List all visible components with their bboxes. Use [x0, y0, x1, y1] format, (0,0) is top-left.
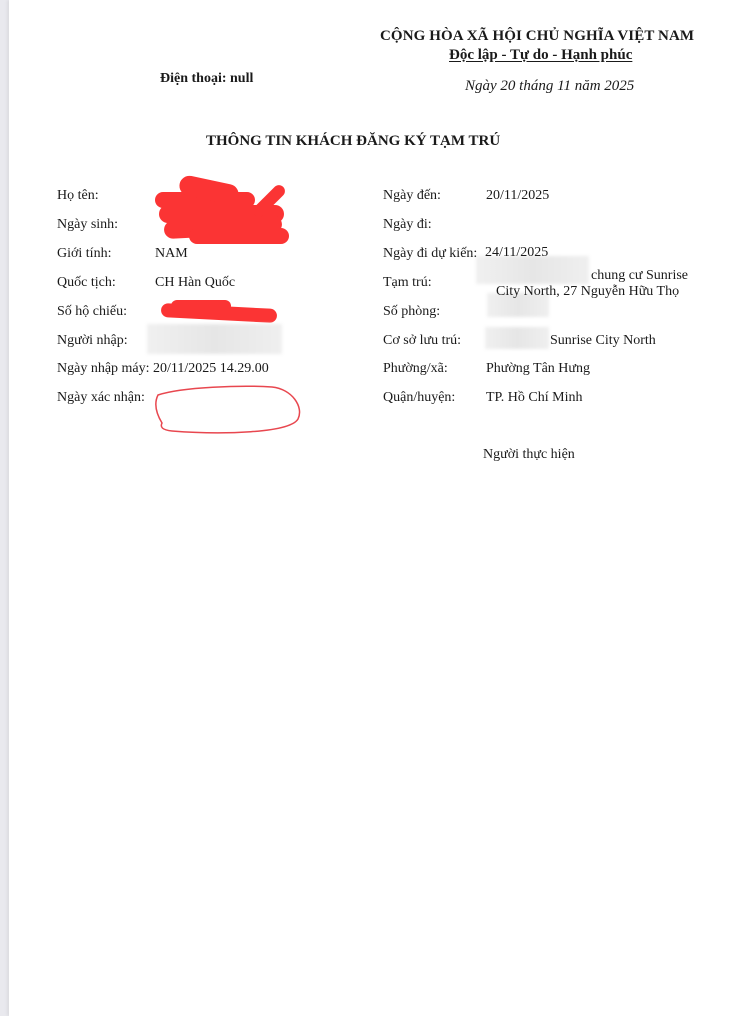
field-label-facility: Cơ sở lưu trú:	[383, 333, 461, 349]
field-label-birth-date: Ngày sinh:	[57, 217, 118, 233]
document-title: THÔNG TIN KHÁCH ĐĂNG KÝ TẠM TRÚ	[206, 133, 500, 150]
field-label-entered-by: Người nhập:	[57, 333, 128, 349]
field-label-full-name: Họ tên:	[57, 188, 99, 204]
field-label-district: Quận/huyện:	[383, 390, 455, 406]
field-value-district: TP. Hồ Chí Minh	[486, 390, 582, 406]
field-value-facility: Sunrise City North	[550, 333, 656, 349]
field-label-departure-date: Ngày đi:	[383, 217, 432, 233]
phone-line: Điện thoại: null	[160, 71, 253, 87]
field-value-arrival-date: 20/11/2025	[486, 188, 549, 204]
field-label-gender: Giới tính:	[57, 246, 111, 262]
field-label-ward: Phường/xã:	[383, 361, 448, 377]
field-label-passport: Số hộ chiếu:	[57, 304, 127, 320]
field-label-confirm-date: Ngày xác nhận:	[57, 390, 145, 406]
phone-value: null	[230, 71, 253, 86]
phone-label: Điện thoại:	[160, 71, 227, 86]
field-label-room-number: Số phòng:	[383, 304, 440, 320]
field-label-nationality: Quốc tịch:	[57, 275, 116, 291]
field-value-nationality: CH Hàn Quốc	[155, 275, 235, 291]
document-page: CỘNG HÒA XÃ HỘI CHỦ NGHĨA VIỆT NAM Độc l…	[9, 0, 735, 1016]
hand-drawn-circle-mark	[152, 383, 304, 437]
field-value-entry-date: 20/11/2025 14.29.00	[153, 361, 269, 376]
field-value-ward: Phường Tân Hưng	[486, 361, 590, 377]
national-motto: Độc lập - Tự do - Hạnh phúc	[449, 47, 632, 64]
field-value-gender: NAM	[155, 246, 188, 262]
blurred-facility-prefix	[485, 327, 549, 349]
field-label-arrival-date: Ngày đến:	[383, 188, 441, 204]
field-label-entry-date: Ngày nhập máy: 20/11/2025 14.29.00	[57, 361, 269, 377]
field-label-temp-residence: Tạm trú:	[383, 275, 432, 291]
document-date: Ngày 20 tháng 11 năm 2025	[465, 78, 634, 95]
national-title: CỘNG HÒA XÃ HỘI CHỦ NGHĨA VIỆT NAM	[380, 28, 694, 45]
blurred-entered-by	[147, 324, 282, 354]
field-value-temp-residence-line1: chung cư Sunrise	[591, 268, 688, 284]
field-value-expected-departure: 24/11/2025	[485, 245, 548, 261]
field-label-expected-departure: Ngày đi dự kiến:	[383, 246, 477, 262]
signer-label: Người thực hiện	[483, 447, 575, 463]
field-value-temp-residence-line2: City North, 27 Nguyễn Hữu Thọ	[496, 284, 679, 300]
